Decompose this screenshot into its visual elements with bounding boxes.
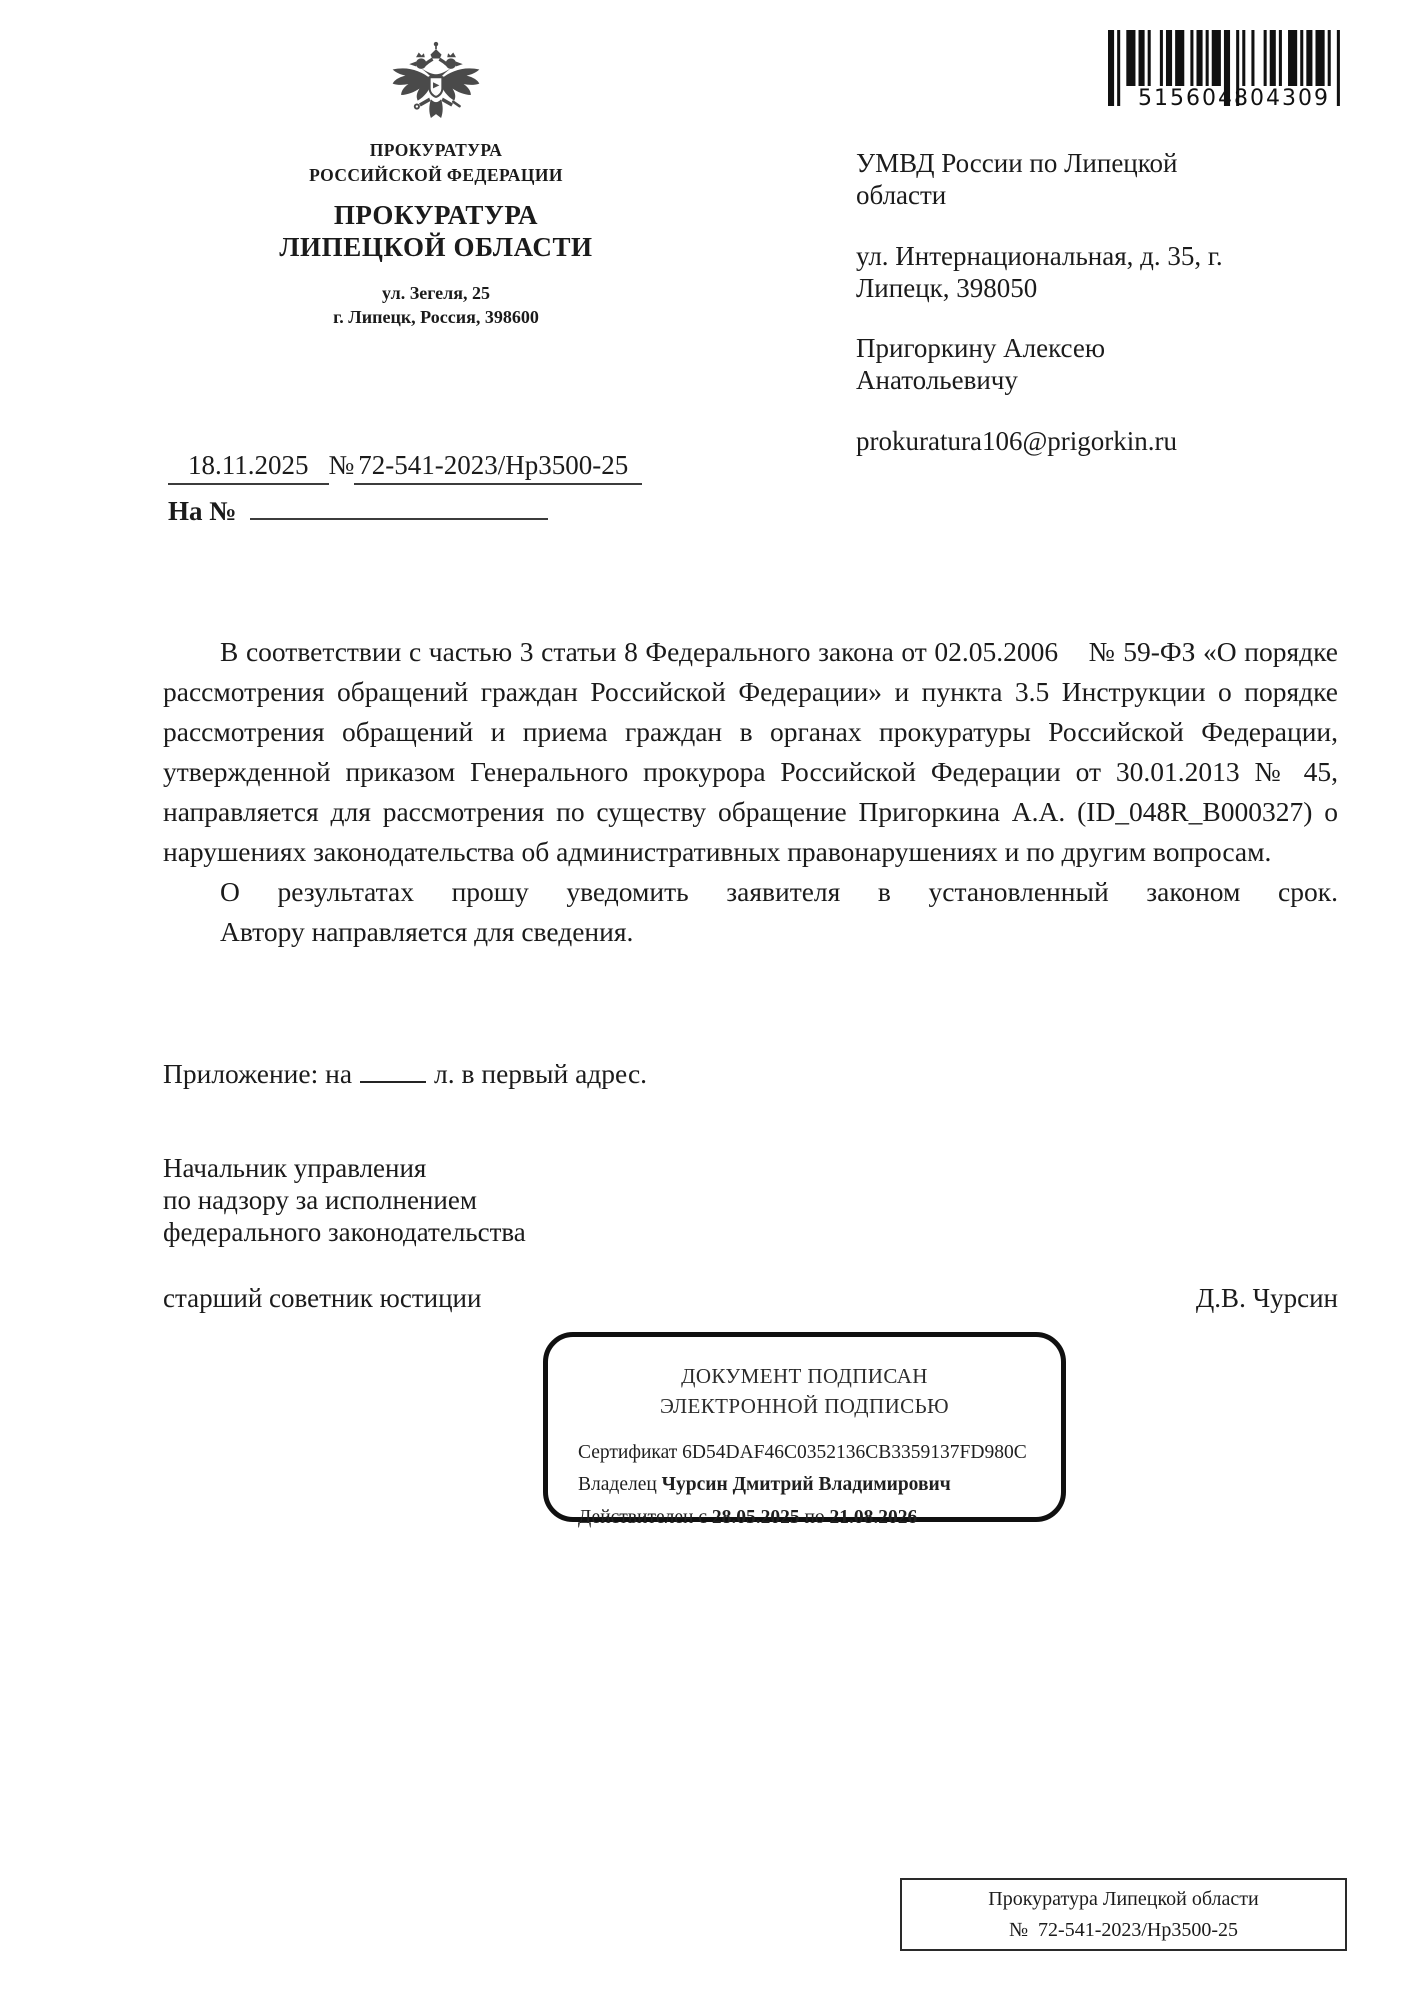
attachment-suffix: л. в первый адрес. <box>434 1058 647 1089</box>
recipient-org: УМВД России по Липецкой области <box>856 148 1256 212</box>
owner-label: Владелец <box>578 1474 657 1495</box>
barcode: 515604 804309 <box>1108 30 1348 142</box>
recipient-block: УМВД России по Липецкой области ул. Инте… <box>856 148 1256 458</box>
reply-reference-line: На № <box>168 496 548 527</box>
reply-label: На № <box>168 496 236 526</box>
letterhead: ПРОКУРАТУРА РОССИЙСКОЙ ФЕДЕРАЦИИ ПРОКУРА… <box>240 38 632 330</box>
attachment-prefix: Приложение: на <box>163 1058 352 1089</box>
validity-to-preposition: по <box>804 1507 824 1528</box>
recipient-address: ул. Интернациональная, д. 35, г. Липецк,… <box>856 241 1256 305</box>
recipient-email: prokuratura106@prigorkin.ru <box>856 426 1256 458</box>
document-number: 72-541-2023/Нр3500-25 <box>354 450 642 485</box>
barcode-digits: 515604 804309 <box>1108 86 1348 111</box>
letter-page: ПРОКУРАТУРА РОССИЙСКОЙ ФЕДЕРАЦИИ ПРОКУРА… <box>0 0 1415 2000</box>
signer-position-line2: по надзору за исполнением <box>163 1184 1338 1216</box>
stamp-validity-row: Действителен с 28.05.2025 по 21.08.2026 <box>578 1502 1061 1534</box>
reply-number-blank <box>250 496 548 520</box>
footer-number: № 72-541-2023/Нр3500-25 <box>902 1915 1345 1946</box>
signer-name: Д.В. Чурсин <box>1196 1282 1338 1314</box>
validity-label: Действителен <box>578 1507 693 1528</box>
owner-name: Чурсин Дмитрий Владимирович <box>662 1474 951 1495</box>
validity-to-date: 21.08.2026 <box>830 1507 918 1528</box>
stamp-owner-row: Владелец Чурсин Дмитрий Владимирович <box>578 1469 1061 1501</box>
coat-of-arms-icon <box>385 38 487 130</box>
recipient-person: Пригоркину Алексею Анатольевичу <box>856 333 1256 397</box>
org-name-line2: ЛИПЕЦКОЙ ОБЛАСТИ <box>240 231 632 263</box>
stamp-title: ДОКУМЕНТ ПОДПИСАН ЭЛЕКТРОННОЙ ПОДПИСЬЮ <box>548 1361 1061 1422</box>
parent-org-line2: РОССИЙСКОЙ ФЕДЕРАЦИИ <box>240 163 632 188</box>
certificate-value: 6D54DAF46C0352136CB3359137FD980C <box>682 1442 1027 1463</box>
certificate-label: Сертификат <box>578 1442 677 1463</box>
validity-from-preposition: с <box>698 1507 707 1528</box>
reference-line: 18.11.2025№72-541-2023/Нр3500-25 <box>168 450 642 481</box>
stamp-title-line2: ЭЛЕКТРОННОЙ ПОДПИСЬЮ <box>548 1391 1061 1421</box>
signature-block: Начальник управления по надзору за испол… <box>163 1152 1338 1314</box>
attachment-pages-blank <box>360 1061 426 1083</box>
number-sign: № <box>329 450 355 480</box>
digital-signature-stamp: ДОКУМЕНТ ПОДПИСАН ЭЛЕКТРОННОЙ ПОДПИСЬЮ С… <box>543 1332 1066 1522</box>
barcode-digits-right: 804309 <box>1234 86 1330 111</box>
parent-org-line1: ПРОКУРАТУРА <box>240 138 632 163</box>
signer-position-line1: Начальник управления <box>163 1152 1338 1184</box>
attachment-line: Приложение: нал. в первый адрес. <box>163 1058 647 1090</box>
body-paragraph-3: Автору направляется для сведения. <box>163 912 1338 952</box>
barcode-digits-left: 515604 <box>1138 86 1234 111</box>
stamp-title-line1: ДОКУМЕНТ ПОДПИСАН <box>548 1361 1061 1391</box>
body-paragraph-2: О результатах прошу уведомить заявителя … <box>163 872 1338 912</box>
stamp-certificate-row: Сертификат 6D54DAF46C0352136CB3359137FD9… <box>578 1437 1061 1469</box>
org-address-city: г. Липецк, Россия, 398600 <box>240 306 632 330</box>
letter-body: В соответствии с частью 3 статьи 8 Федер… <box>163 632 1338 952</box>
validity-from-date: 28.05.2025 <box>712 1507 800 1528</box>
signer-rank: старший советник юстиции <box>163 1282 481 1314</box>
document-date: 18.11.2025 <box>168 450 329 485</box>
footer-org: Прокуратура Липецкой области <box>902 1884 1345 1915</box>
body-paragraph-1: В соответствии с частью 3 статьи 8 Федер… <box>163 632 1338 872</box>
org-name-line1: ПРОКУРАТУРА <box>240 199 632 231</box>
registration-footer-box: Прокуратура Липецкой области № 72-541-20… <box>900 1878 1347 1951</box>
org-address-street: ул. Зегеля, 25 <box>240 282 632 306</box>
signer-position-line3: федерального законодательства <box>163 1216 1338 1248</box>
